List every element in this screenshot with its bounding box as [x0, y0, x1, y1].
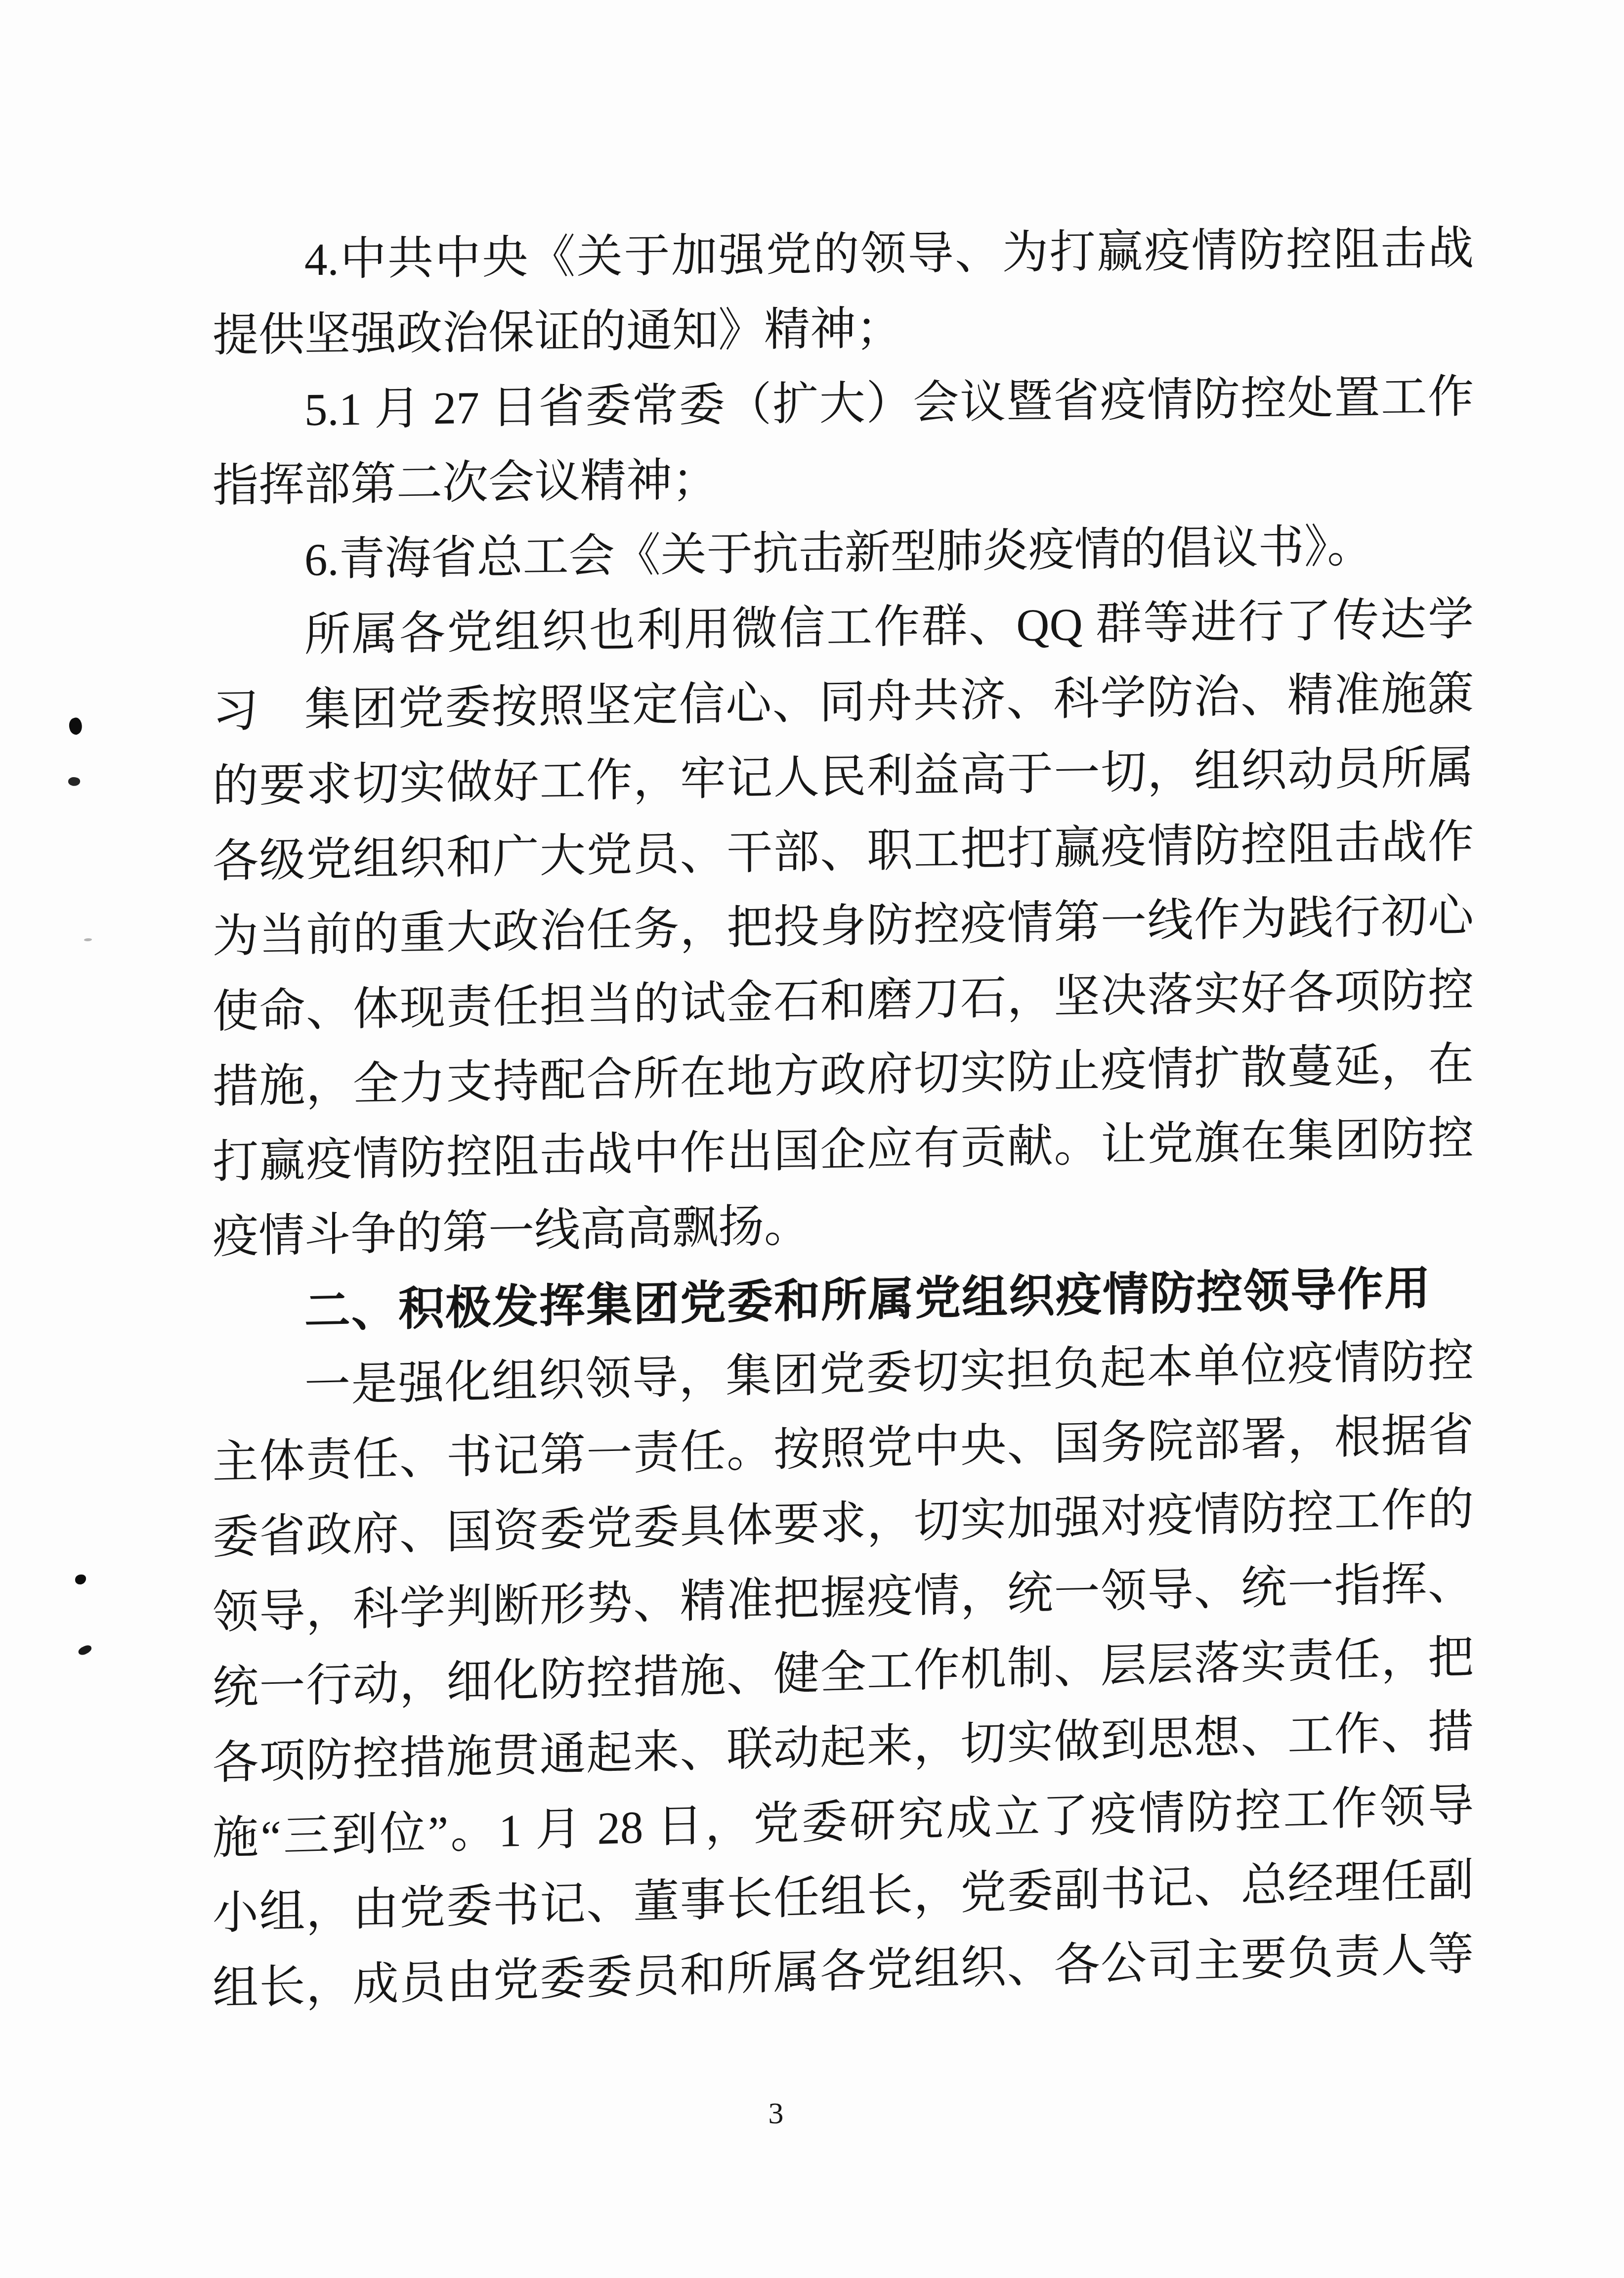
document-page: 4.中共中央《关于加强党的领导、为打赢疫情防控阻击战提供坚强政治保证的通知》精神… — [0, 0, 1624, 2278]
ink-speck — [77, 1644, 93, 1657]
text-line: 提供坚强政治保证的通知》精神； — [213, 285, 1474, 374]
page-number: 3 — [744, 2096, 808, 2131]
ink-speck — [75, 1575, 86, 1584]
text-line: 5.1 月 27 日省委常委（扩大）会议暨省疫情防控处置工作 — [213, 359, 1474, 449]
text-line: 4.中共中央《关于加强党的领导、为打赢疫情防控阻击战 — [213, 212, 1474, 299]
ink-speck — [84, 938, 92, 941]
document-body: 4.中共中央《关于加强党的领导、为打赢疫情防控阻击战提供坚强政治保证的通知》精神… — [213, 223, 1474, 2027]
ink-speck — [68, 776, 81, 787]
ink-speck — [67, 716, 84, 736]
